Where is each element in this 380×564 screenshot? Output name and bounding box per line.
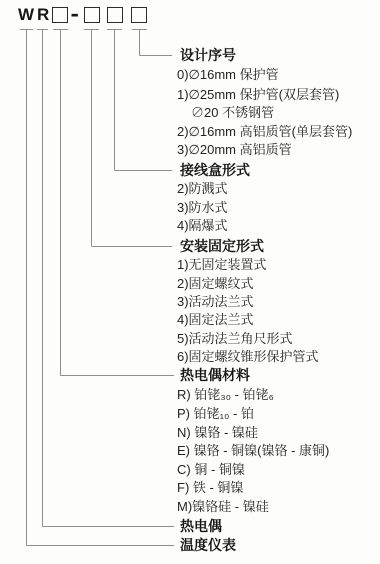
- section-heading-junction-box: 接线盒形式: [180, 161, 250, 179]
- code-letter-r: R: [37, 5, 49, 24]
- section-heading-mounting: 安装固定形式: [180, 237, 264, 255]
- list-item: E) 镍铬 - 铜镍(镍铬 - 康铜): [177, 442, 329, 460]
- list-item: 2)防溅式: [177, 180, 228, 198]
- code-letter-w: W: [18, 5, 34, 24]
- code-box-4: [131, 7, 147, 23]
- list-item: 6)固定螺纹锥形保护管式: [177, 348, 319, 366]
- section-heading-thermocouple-material: 热电偶材料: [180, 366, 250, 384]
- list-item: 0)∅16mm 保护管: [177, 66, 279, 84]
- list-item: 4)固定法兰式: [177, 311, 254, 329]
- list-item: F) 铁 - 铜镍: [177, 479, 243, 497]
- list-item: 1)∅25mm 保护管(双层套管): [177, 86, 339, 104]
- section-heading-thermocouple: 热电偶: [180, 517, 222, 535]
- list-item: ∅20 不锈钢管: [191, 104, 274, 122]
- section-heading-design-serial: 设计序号: [180, 46, 236, 64]
- list-item: 5)活动法兰角尺形式: [177, 330, 293, 348]
- list-item: R) 铂铑₃₀ - 铂铑₆: [177, 386, 274, 404]
- list-item: 1)无固定装置式: [177, 256, 267, 274]
- list-item: 4)隔爆式: [177, 217, 228, 235]
- list-item: 2)固定螺纹式: [177, 275, 254, 293]
- code-box-3: [107, 7, 123, 23]
- code-box-1: [52, 7, 68, 23]
- code-separator: -: [70, 3, 78, 25]
- code-box-2: [84, 7, 100, 23]
- list-item: P) 铂铑₁₀ - 铂: [177, 405, 254, 423]
- section-heading-temperature-instrument: 温度仪表: [180, 536, 236, 554]
- list-item: M)镍铬硅 - 镍硅: [177, 498, 269, 516]
- list-item: C) 铜 - 铜镍: [177, 461, 245, 479]
- model-designation-diagram: W R - 设计序号 0)∅16mm 保护管 1)∅25mm 保护管(双层套管)…: [0, 0, 380, 564]
- list-item: 2)∅16mm 高铝质管(单层套管): [177, 123, 352, 141]
- list-item: 3)活动法兰式: [177, 293, 254, 311]
- list-item: 3)防水式: [177, 199, 228, 217]
- list-item: N) 镍铬 - 镍硅: [177, 424, 258, 442]
- list-item: 3)∅20mm 高铝质管: [177, 141, 292, 159]
